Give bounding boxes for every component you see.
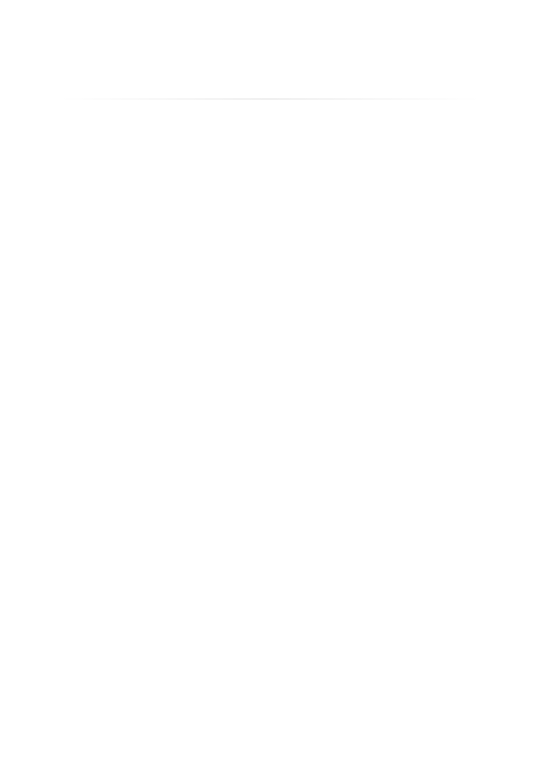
- faint-top-artifact: [60, 98, 480, 100]
